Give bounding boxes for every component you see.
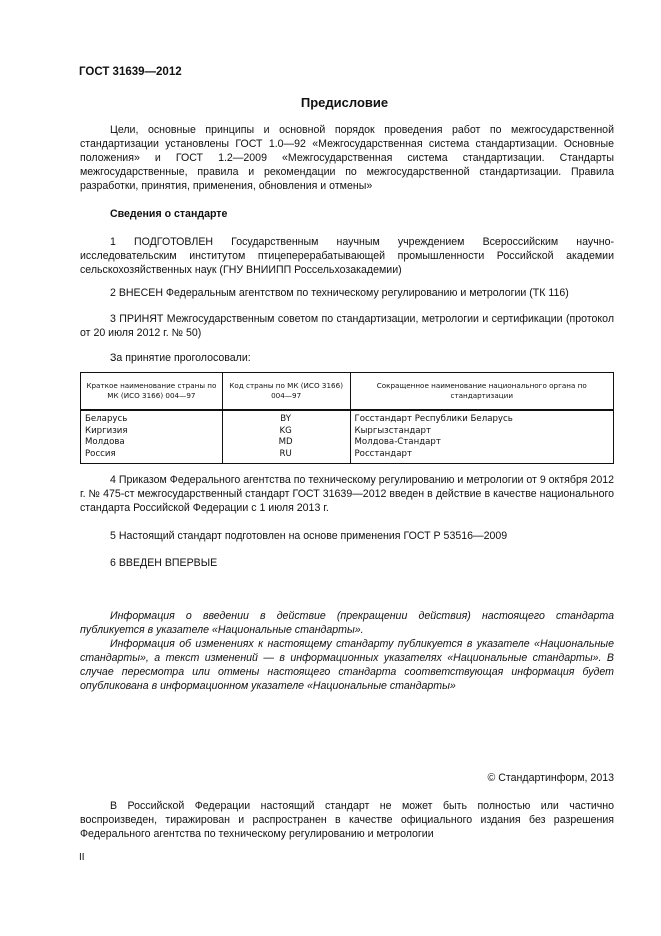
table-body-row: Беларусь Киргизия Молдова Россия BY KG M… xyxy=(81,410,614,464)
page-number: II xyxy=(79,852,85,863)
standards-body-cell: Госстандарт Республики Беларусь Кыргызст… xyxy=(350,410,614,464)
notice-changes: Информация об изменениях к настоящему ст… xyxy=(80,637,614,693)
section-heading: Сведения о стандарте xyxy=(110,208,227,220)
votes-table: Краткое наименование страны по МК (ИСО 3… xyxy=(80,372,614,464)
country-cell: Беларусь Киргизия Молдова Россия xyxy=(81,410,223,464)
country-code: BY xyxy=(227,414,345,426)
item-3-adopted: 3 ПРИНЯТ Межгосударственным советом по с… xyxy=(80,312,614,340)
column-header-code: Код страны по МК (ИСО 3166) 004—97 xyxy=(222,373,350,411)
standards-body-name: Кыргызстандарт xyxy=(355,426,609,438)
column-header-standards-body: Сокращенное наименование национального о… xyxy=(350,373,614,411)
copyright-notice: © Стандартинформ, 2013 xyxy=(488,772,614,784)
country-code: RU xyxy=(227,449,345,461)
votes-label: За принятие проголосовали: xyxy=(110,352,251,364)
item-1-prepared: 1 ПОДГОТОВЛЕН Государственным научным уч… xyxy=(80,235,614,277)
column-header-country: Краткое наименование страны по МК (ИСО 3… xyxy=(81,373,223,411)
code-cell: BY KG MD RU xyxy=(222,410,350,464)
standards-body-name: Росстандарт xyxy=(355,449,609,461)
country-name: Молдова xyxy=(85,437,217,449)
standards-body-name: Госстандарт Республики Беларусь xyxy=(355,414,609,426)
intro-paragraph: Цели, основные принципы и основной поряд… xyxy=(80,123,614,193)
legal-notice: В Российской Федерации настоящий стандар… xyxy=(80,799,614,841)
item-6-introduced: 6 ВВЕДЕН ВПЕРВЫЕ xyxy=(80,556,614,570)
country-code: KG xyxy=(227,426,345,438)
item-5-basis: 5 Настоящий стандарт подготовлен на осно… xyxy=(80,529,614,543)
country-code: MD xyxy=(227,437,345,449)
item-4-order: 4 Приказом Федерального агентства по тех… xyxy=(80,473,614,515)
document-code: ГОСТ 31639—2012 xyxy=(79,66,182,78)
country-name: Беларусь xyxy=(85,414,217,426)
standards-body-name: Молдова-Стандарт xyxy=(355,437,609,449)
country-name: Киргизия xyxy=(85,426,217,438)
country-name: Россия xyxy=(85,449,217,461)
notice-publication: Информация о введении в действие (прекра… xyxy=(80,609,614,637)
item-2-submitted: 2 ВНЕСЕН Федеральным агентством по техни… xyxy=(80,286,614,300)
table-header-row: Краткое наименование страны по МК (ИСО 3… xyxy=(81,373,614,411)
page-title: Предисловие xyxy=(0,95,661,110)
